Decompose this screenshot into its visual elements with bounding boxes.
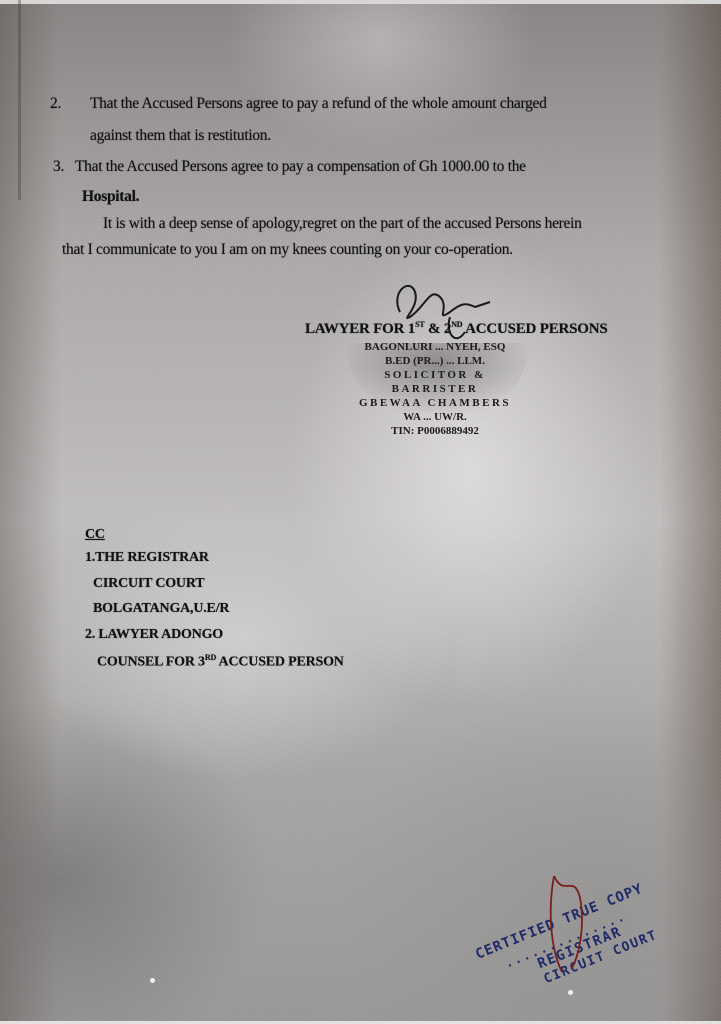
- lawyer-stamp-line: BAGONLURI ... NYEH, ESQ: [340, 340, 530, 354]
- cc-recipient-line: BOLGATANGA,U.E/R: [93, 601, 229, 617]
- lawyer-stamp-line: SOLICITOR & BARRISTER: [340, 368, 530, 396]
- cc-counsel-line: COUNSEL FOR 3RD ACCUSED PERSON: [97, 653, 344, 671]
- item-3-number: 3.: [53, 158, 64, 176]
- lawyer-stamp-line: TIN: P0006889492: [340, 424, 530, 438]
- cc-recipient-line: 1.THE REGISTRAR: [85, 550, 209, 566]
- signatory-title: LAWYER FOR 1ST & 2ND ACCUSED PERSONS: [305, 320, 608, 338]
- item-2-line-2: against them that is restitution.: [90, 127, 271, 145]
- scan-speck: [150, 978, 155, 983]
- scan-speck: [568, 990, 573, 995]
- item-3-line-2: Hospital.: [82, 188, 139, 206]
- cc-heading: CC: [85, 527, 105, 543]
- scanned-page: 2. That the Accused Persons agree to pay…: [0, 0, 721, 1024]
- closing-line-1: It is with a deep sense of apology,regre…: [103, 215, 582, 233]
- closing-line-2: that I communicate to you I am on my kne…: [62, 241, 513, 259]
- lawyer-stamp: BAGONLURI ... NYEH, ESQ B.ED (PR...) ...…: [340, 340, 530, 438]
- lawyer-stamp-line: GBEWAA CHAMBERS: [340, 396, 530, 410]
- cc-recipient-line: CIRCUIT COURT: [93, 576, 204, 592]
- lawyer-stamp-line: B.ED (PR...) ... LLM.: [340, 354, 530, 368]
- lawyer-stamp-line: WA ... UW/R.: [340, 410, 530, 424]
- item-2-line-1: That the Accused Persons agree to pay a …: [90, 95, 547, 113]
- registrar-signature-icon: [540, 868, 600, 978]
- item-3-line-1: That the Accused Persons agree to pay a …: [75, 158, 526, 176]
- cc-recipient-line: 2. LAWYER ADONGO: [85, 627, 223, 643]
- page-top-edge: [0, 0, 721, 4]
- page-fold-shadow: [18, 0, 21, 200]
- item-2-number: 2.: [50, 95, 61, 113]
